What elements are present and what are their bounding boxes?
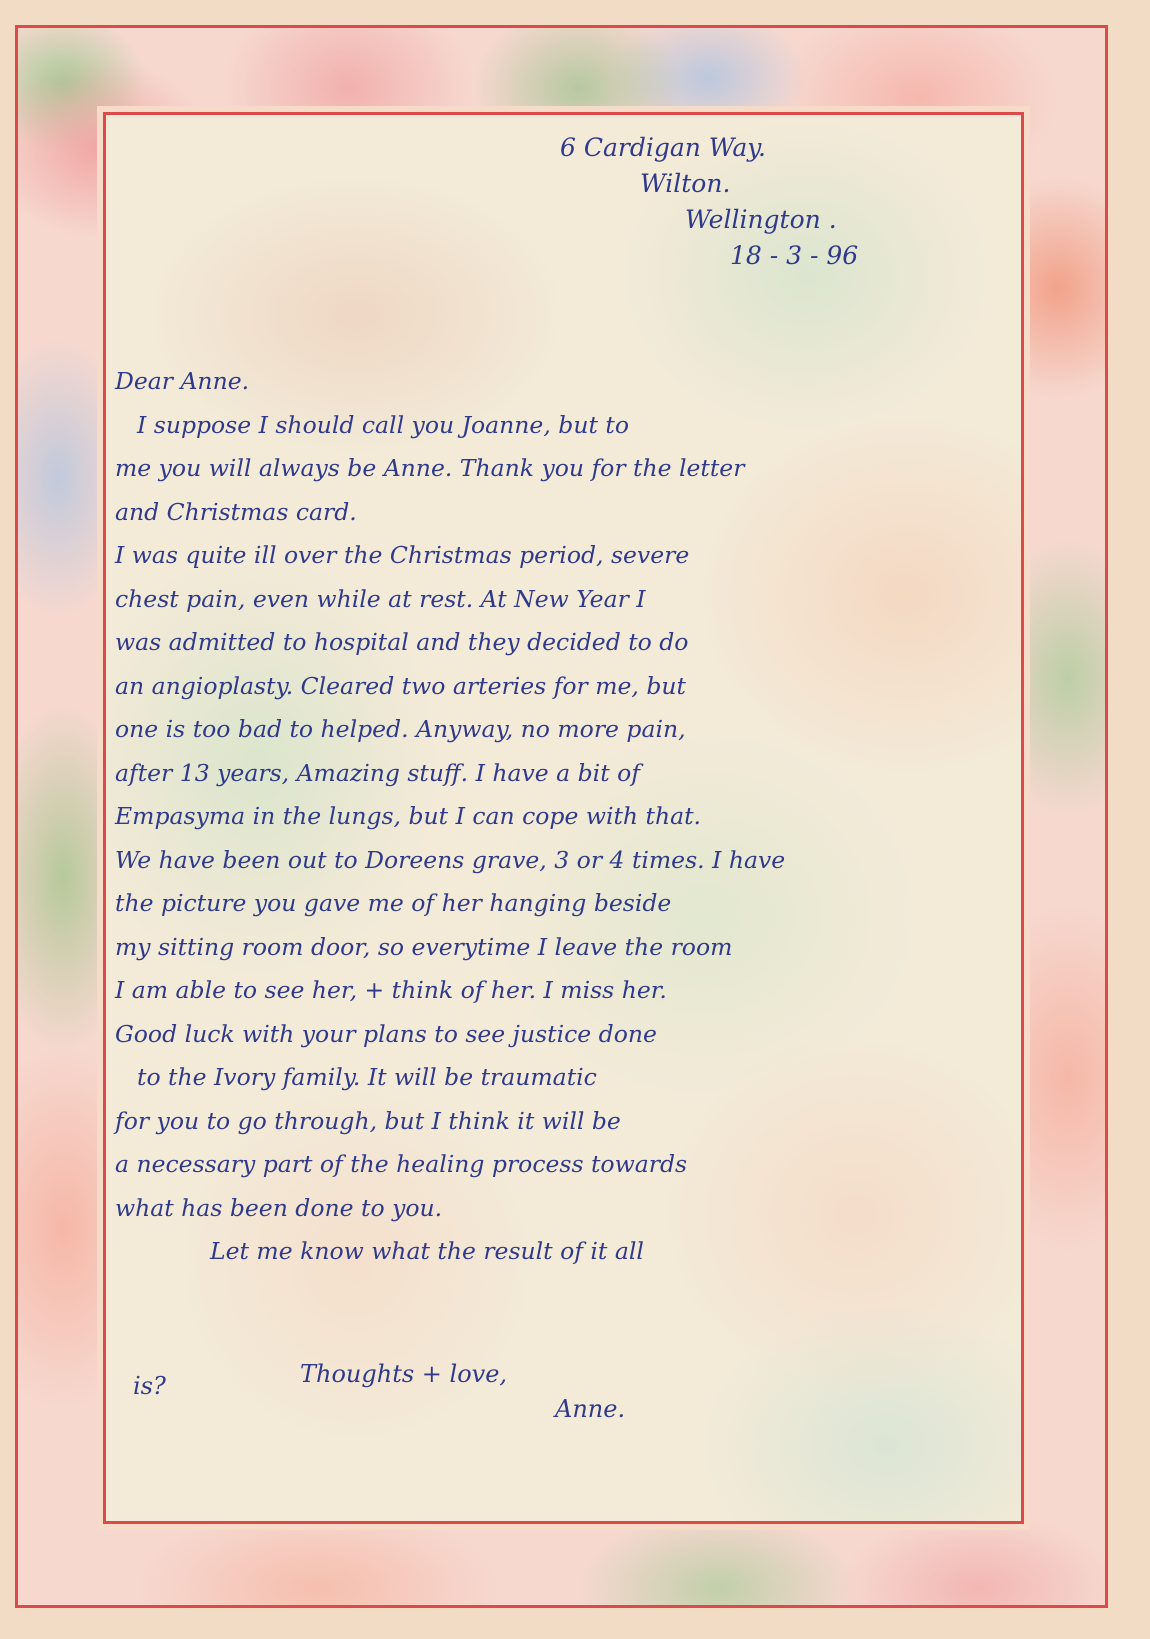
body-line: to the Ivory family. It will be traumati… [115,1056,975,1100]
body-line: I suppose I should call you Joanne, but … [115,404,975,448]
body-line: for you to go through, but I think it wi… [115,1100,975,1144]
body-line: Good luck with your plans to see justice… [115,1013,975,1057]
letter-date: 18 - 3 - 96 [730,238,940,274]
letter-sheet: 6 Cardigan Way. Wilton. Wellington . 18 … [0,0,1150,1639]
body-line: what has been done to you. [115,1187,975,1231]
body-line: I was quite ill over the Christmas perio… [115,534,975,578]
closing-question: is? [133,1372,166,1400]
body-line: was admitted to hospital and they decide… [115,621,975,665]
body-line: I am able to see her, + think of her. I … [115,969,975,1013]
closing: Thoughts + love, [300,1360,507,1388]
body-line: chest pain, even while at rest. At New Y… [115,578,975,622]
body-line: me you will always be Anne. Thank you fo… [115,447,975,491]
body-line: an angioplasty. Cleared two arteries for… [115,665,975,709]
address-city: Wellington . [685,202,940,238]
address-street: 6 Cardigan Way. [560,130,940,166]
body-line: after 13 years, Amazing stuff. I have a … [115,752,975,796]
letter-body: Dear Anne. I suppose I should call you J… [115,360,975,1274]
address-suburb: Wilton. [640,166,940,202]
body-line: Empasyma in the lungs, but I can cope wi… [115,795,975,839]
sender-address: 6 Cardigan Way. Wilton. Wellington . 18 … [560,130,940,274]
body-line: Let me know what the result of it all [115,1230,975,1274]
body-line: a necessary part of the healing process … [115,1143,975,1187]
signature: Anne. [555,1395,625,1423]
body-line: and Christmas card. [115,491,975,535]
body-line: my sitting room door, so everytime I lea… [115,926,975,970]
salutation: Dear Anne. [115,360,975,404]
body-line: one is too bad to helped. Anyway, no mor… [115,708,975,752]
body-line: We have been out to Doreens grave, 3 or … [115,839,975,883]
body-line: the picture you gave me of her hanging b… [115,882,975,926]
